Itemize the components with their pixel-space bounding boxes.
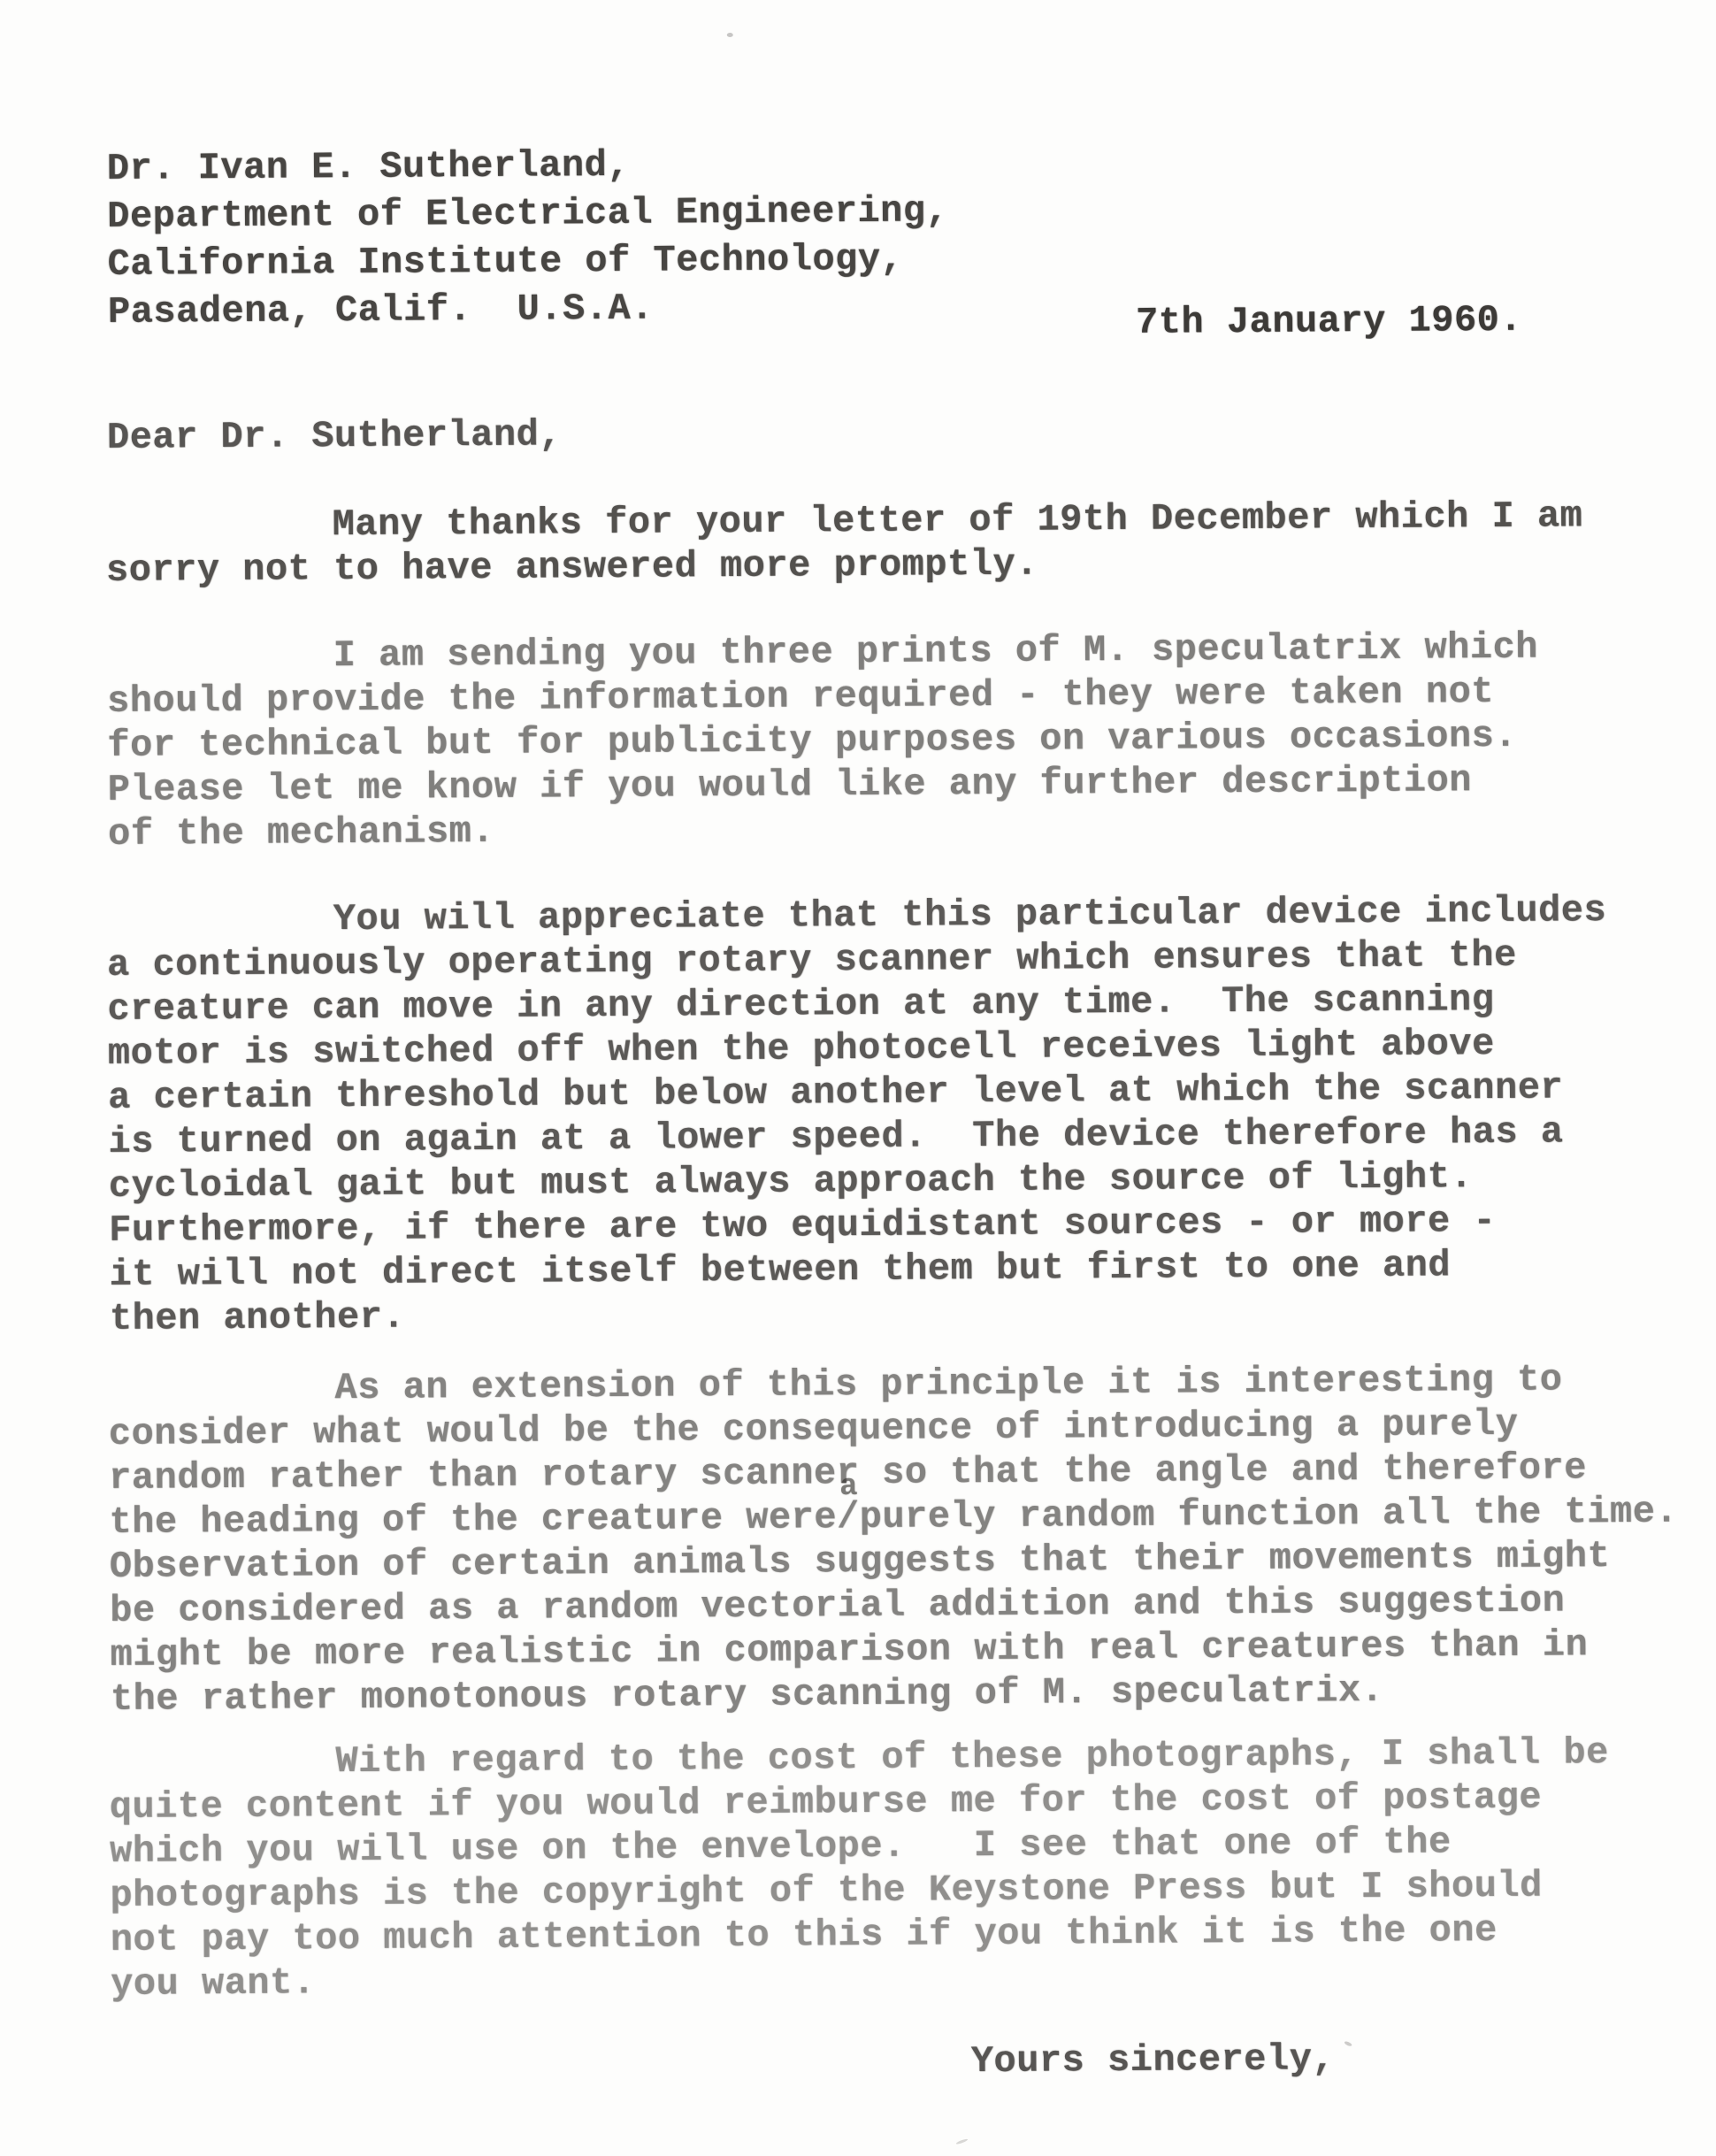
scan-speck xyxy=(727,33,733,37)
salutation: Dear Dr. Sutherland, xyxy=(107,412,562,460)
letter-line: sorry not to have answered more promptly… xyxy=(106,538,1583,593)
letter-line: Dr. Ivan E. Sutherland, xyxy=(107,139,948,193)
paragraph-random-scanner: As an extension of this principle it is … xyxy=(108,1357,1679,1722)
paragraph-thanks: Many thanks for your letter of 19th Dece… xyxy=(105,494,1582,593)
paragraph-prints: I am sending you three prints of M. spec… xyxy=(106,625,1539,856)
typed-insertion-mark: a xyxy=(839,1472,858,1502)
letter-date: 7th January 1960. xyxy=(1136,298,1522,345)
scan-speck xyxy=(955,2138,968,2145)
paragraph-rotary-scanner: You will appreciate that this particular… xyxy=(107,888,1610,1341)
letter-sheet: Dr. Ivan E. Sutherland,Department of Ele… xyxy=(0,0,1716,2156)
scan-speck xyxy=(1344,2040,1352,2046)
letter-line: then another. xyxy=(110,1286,1610,1341)
letter-line: Department of Electrical Engineering, xyxy=(107,187,948,241)
letter-line: Pasadena, Calif. U.S.A. xyxy=(108,282,949,336)
paragraph-cost: With regard to the cost of these photogr… xyxy=(109,1730,1610,2006)
letter-line: of the mechanism. xyxy=(108,802,1540,856)
closing: Yours sincerely, xyxy=(971,2037,1336,2083)
letter-line: California Institute of Technology, xyxy=(107,234,948,288)
recipient-address: Dr. Ivan E. Sutherland,Department of Ele… xyxy=(107,139,950,336)
letter-page: Dr. Ivan E. Sutherland,Department of Ele… xyxy=(0,0,1716,2156)
